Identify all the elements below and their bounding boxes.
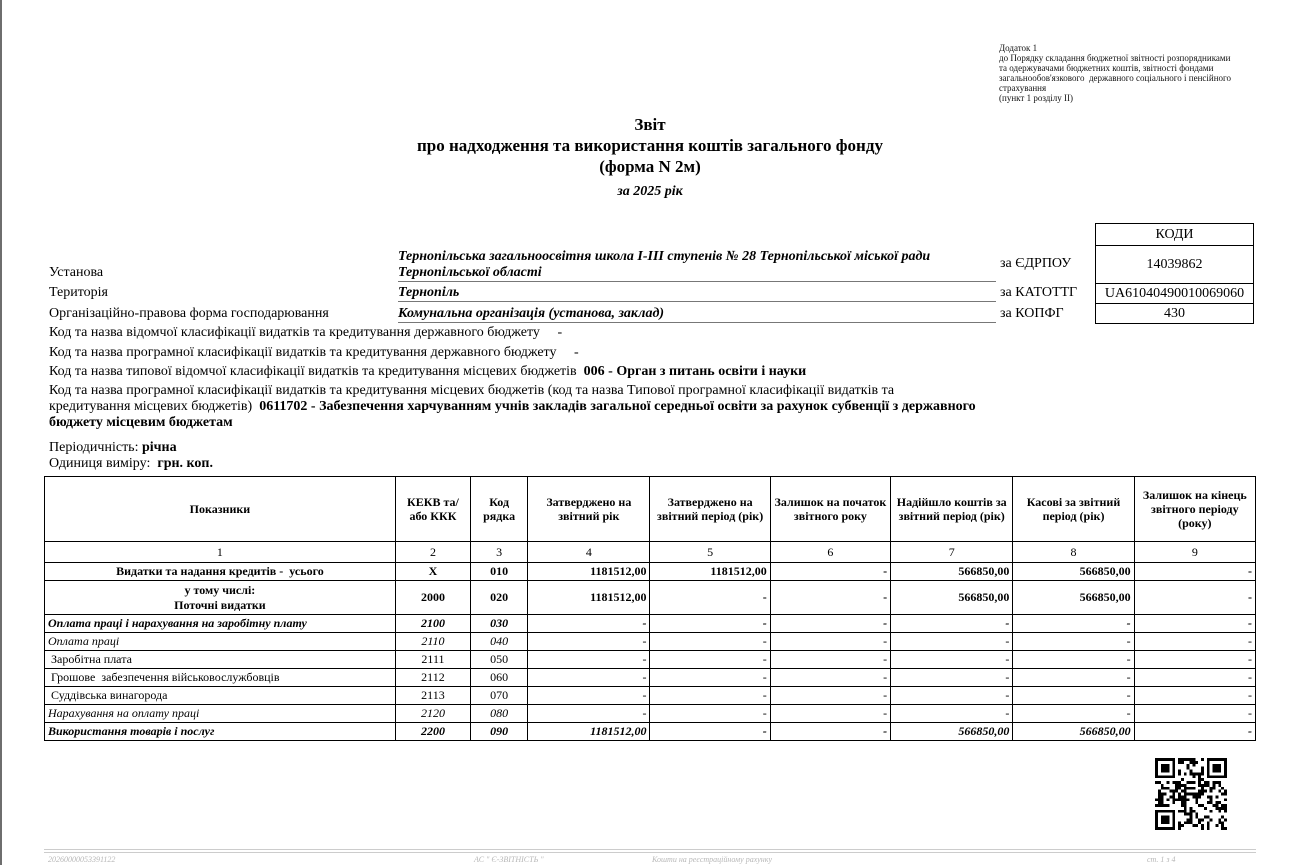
state-program-classification: Код та назва програмної класифікації вид…: [49, 345, 579, 361]
cell-approved-period: -: [650, 687, 770, 705]
classification-label: кредитування місцевих бюджетів): [49, 399, 252, 414]
appendix-line: загальнообов'язкового державного соціаль…: [999, 73, 1249, 83]
classification-label: Код та назва програмної класифікації вид…: [49, 345, 556, 360]
column-header: Затверджено на звітний рік: [528, 477, 650, 542]
institution-name-line-1: Тернопільська загальноосвітня школа I-II…: [398, 249, 996, 265]
periodicity: Періодичність: річна: [49, 440, 177, 456]
column-number-row: 1 2 3 4 5 6 7 8 9: [45, 542, 1256, 563]
cell-received: -: [891, 669, 1013, 687]
row-kekv: 2200: [395, 723, 470, 741]
cell-balance-end: -: [1134, 705, 1255, 723]
column-number: 4: [528, 542, 650, 563]
classification-value: 006 - Орган з питань освіти і науки: [584, 364, 807, 379]
appendix-line: та одержувачами бюджетних коштів, звітно…: [999, 63, 1249, 73]
cell-balance-end: -: [1134, 651, 1255, 669]
org-form-value: Комунальна організація (установа, заклад…: [398, 306, 996, 323]
row-code: 080: [471, 705, 528, 723]
appendix-note: Додаток 1 до Порядку складання бюджетної…: [999, 43, 1249, 103]
row-name: Грошове забезпечення військовослужбовців: [45, 669, 396, 687]
table-row: Заробітна плата2111050------: [45, 651, 1256, 669]
row-code: 010: [471, 563, 528, 581]
cell-approved-period: -: [650, 615, 770, 633]
cell-balance-start: -: [770, 669, 890, 687]
column-header: Залишок на кінець звітного періоду (року…: [1134, 477, 1255, 542]
classification-label: Код та назва відомчої класифікації видат…: [49, 325, 540, 340]
column-number: 5: [650, 542, 770, 563]
cell-approved-year: -: [528, 687, 650, 705]
footer-divider: [44, 852, 1256, 853]
cell-balance-start: -: [770, 705, 890, 723]
appendix-line: Додаток 1: [999, 43, 1249, 53]
row-name: Видатки та надання кредитів - усього: [45, 563, 396, 581]
row-code: 030: [471, 615, 528, 633]
row-code: 090: [471, 723, 528, 741]
katottg-label: за КАТОТТГ: [1000, 285, 1077, 301]
row-code: 050: [471, 651, 528, 669]
katottg-code: UA61040490010069060: [1096, 284, 1254, 304]
cell-cash: -: [1013, 669, 1134, 687]
cell-approved-period: -: [650, 633, 770, 651]
report-title: Звіт про надходження та використання кош…: [300, 114, 1000, 202]
institution-name-line-2: Тернопільської області: [398, 265, 996, 281]
row-kekv: X: [395, 563, 470, 581]
title-line-1: Звіт: [300, 114, 1000, 135]
cell-cash: -: [1013, 615, 1134, 633]
row-name-prefix: у тому числі:: [48, 583, 392, 598]
column-number: 1: [45, 542, 396, 563]
cell-received: -: [891, 687, 1013, 705]
codes-header: КОДИ: [1096, 224, 1254, 246]
footer-page: ст. 1 з 4: [1147, 855, 1176, 864]
territory-label: Територія: [49, 285, 108, 301]
classification-value: -: [557, 325, 562, 340]
appendix-line: страхування: [999, 83, 1249, 93]
cell-received: -: [891, 615, 1013, 633]
report-table: Показники КЕКВ та/або ККК Код рядка Затв…: [44, 476, 1256, 741]
table-row: Грошове забезпечення військовослужбовців…: [45, 669, 1256, 687]
table-row: Оплата праці і нарахування на заробітну …: [45, 615, 1256, 633]
column-number: 3: [471, 542, 528, 563]
column-header: Показники: [45, 477, 396, 542]
cell-received: 566850,00: [891, 723, 1013, 741]
row-kekv: 2113: [395, 687, 470, 705]
table-row: Нарахування на оплату праці2120080------: [45, 705, 1256, 723]
cell-cash: -: [1013, 633, 1134, 651]
cell-cash: 566850,00: [1013, 581, 1134, 615]
cell-balance-start: -: [770, 651, 890, 669]
column-header: Касові за звітний період (рік): [1013, 477, 1134, 542]
periodicity-label: Періодичність:: [49, 440, 138, 455]
qr-code-icon: [1155, 758, 1227, 830]
cell-received: -: [891, 705, 1013, 723]
row-kekv: 2120: [395, 705, 470, 723]
column-number: 7: [891, 542, 1013, 563]
edrpou-label: за ЄДРПОУ: [1000, 256, 1071, 272]
cell-approved-year: -: [528, 669, 650, 687]
cell-approved-period: -: [650, 705, 770, 723]
row-name: Заробітна плата: [45, 651, 396, 669]
row-kekv: 2000: [395, 581, 470, 615]
column-header: Код рядка: [471, 477, 528, 542]
appendix-line: до Порядку складання бюджетної звітності…: [999, 53, 1249, 63]
cell-balance-start: -: [770, 687, 890, 705]
cell-balance-start: -: [770, 615, 890, 633]
classification-value: -: [574, 345, 579, 360]
classification-label: Код та назва програмної класифікації вид…: [49, 383, 976, 399]
cell-balance-start: -: [770, 633, 890, 651]
local-dept-classification: Код та назва типової відомчої класифікац…: [49, 364, 806, 380]
cell-received: 566850,00: [891, 563, 1013, 581]
column-number: 9: [1134, 542, 1255, 563]
cell-cash: -: [1013, 651, 1134, 669]
classification-value: 0611702 - Забезпечення харчуванням учнів…: [259, 399, 975, 414]
periodicity-value: річна: [142, 440, 177, 455]
row-kekv: 2112: [395, 669, 470, 687]
cell-cash: -: [1013, 705, 1134, 723]
page-edge: [0, 0, 2, 865]
table-row: у тому числі:Поточні видатки200002011815…: [45, 581, 1256, 615]
cell-approved-period: 1181512,00: [650, 563, 770, 581]
row-name: Оплата праці і нарахування на заробітну …: [45, 615, 396, 633]
cell-cash: 566850,00: [1013, 723, 1134, 741]
table-row: Суддівська винагорода2113070------: [45, 687, 1256, 705]
cell-balance-end: -: [1134, 615, 1255, 633]
kopfg-code: 430: [1096, 304, 1254, 324]
cell-approved-year: -: [528, 651, 650, 669]
edrpou-code: 14039862: [1096, 246, 1254, 284]
cell-approved-period: -: [650, 669, 770, 687]
codes-table: КОДИ 14039862 UA61040490010069060 430: [1095, 223, 1254, 324]
cell-received: 566850,00: [891, 581, 1013, 615]
appendix-line: (пункт 1 розділу II): [999, 93, 1249, 103]
cell-approved-year: 1181512,00: [528, 563, 650, 581]
cell-balance-start: -: [770, 723, 890, 741]
classification-value: бюджету місцевим бюджетам: [49, 415, 233, 430]
territory-value: Тернопіль: [398, 285, 996, 302]
state-dept-classification: Код та назва відомчої класифікації видат…: [49, 325, 562, 341]
row-kekv: 2110: [395, 633, 470, 651]
column-header: КЕКВ та/або ККК: [395, 477, 470, 542]
cell-approved-year: -: [528, 615, 650, 633]
cell-received: -: [891, 633, 1013, 651]
cell-balance-end: -: [1134, 687, 1255, 705]
institution-value: Тернопільська загальноосвітня школа I-II…: [398, 249, 996, 282]
cell-balance-start: -: [770, 581, 890, 615]
cell-balance-end: -: [1134, 581, 1255, 615]
footer-divider: [44, 849, 1256, 850]
cell-balance-end: -: [1134, 563, 1255, 581]
row-name: Використання товарів і послуг: [45, 723, 396, 741]
row-name: Нарахування на оплату праці: [45, 705, 396, 723]
cell-approved-year: -: [528, 705, 650, 723]
institution-label: Установа: [49, 265, 103, 281]
table-row: Використання товарів і послуг22000901181…: [45, 723, 1256, 741]
cell-approved-year: 1181512,00: [528, 581, 650, 615]
row-kekv: 2100: [395, 615, 470, 633]
unit-value: грн. коп.: [157, 456, 213, 471]
row-name-text: Поточні видатки: [48, 598, 392, 613]
cell-approved-period: -: [650, 723, 770, 741]
title-form-number: (форма N 2м): [300, 156, 1000, 177]
column-number: 2: [395, 542, 470, 563]
cell-approved-year: -: [528, 633, 650, 651]
table-row: Оплата праці2110040------: [45, 633, 1256, 651]
cell-received: -: [891, 651, 1013, 669]
cell-balance-start: -: [770, 563, 890, 581]
row-name: Оплата праці: [45, 633, 396, 651]
cell-cash: 566850,00: [1013, 563, 1134, 581]
column-number: 6: [770, 542, 890, 563]
cell-balance-end: -: [1134, 723, 1255, 741]
cell-balance-end: -: [1134, 633, 1255, 651]
footer-account: Кошти на реєстраційному рахунку: [652, 855, 772, 864]
row-kekv: 2111: [395, 651, 470, 669]
table-row: Видатки та надання кредитів - усьогоX010…: [45, 563, 1256, 581]
cell-approved-period: -: [650, 651, 770, 669]
title-line-2: про надходження та використання коштів з…: [300, 135, 1000, 156]
org-form-label: Організаційно-правова форма господарюван…: [49, 306, 329, 322]
row-name: Суддівська винагорода: [45, 687, 396, 705]
row-name: у тому числі:Поточні видатки: [45, 581, 396, 615]
row-code: 070: [471, 687, 528, 705]
cell-approved-period: -: [650, 581, 770, 615]
row-code: 060: [471, 669, 528, 687]
footer-system: АС " Є-ЗВІТНІСТЬ ": [474, 855, 544, 864]
unit: Одиниця виміру: грн. коп.: [49, 456, 213, 472]
report-period: за 2025 рік: [300, 182, 1000, 202]
cell-cash: -: [1013, 687, 1134, 705]
column-header: Затверджено на звітний період (рік): [650, 477, 770, 542]
table-header-row: Показники КЕКВ та/або ККК Код рядка Затв…: [45, 477, 1256, 542]
row-code: 020: [471, 581, 528, 615]
cell-balance-end: -: [1134, 669, 1255, 687]
column-header: Надійшло коштів за звітний період (рік): [891, 477, 1013, 542]
column-number: 8: [1013, 542, 1134, 563]
footer-doc-id: 20260000053391122: [48, 855, 115, 864]
cell-approved-year: 1181512,00: [528, 723, 650, 741]
local-program-classification: Код та назва програмної класифікації вид…: [49, 383, 976, 431]
row-code: 040: [471, 633, 528, 651]
kopfg-label: за КОПФГ: [1000, 306, 1064, 322]
column-header: Залишок на початок звітного року: [770, 477, 890, 542]
classification-label: Код та назва типової відомчої класифікац…: [49, 364, 577, 379]
unit-label: Одиниця виміру:: [49, 456, 150, 471]
